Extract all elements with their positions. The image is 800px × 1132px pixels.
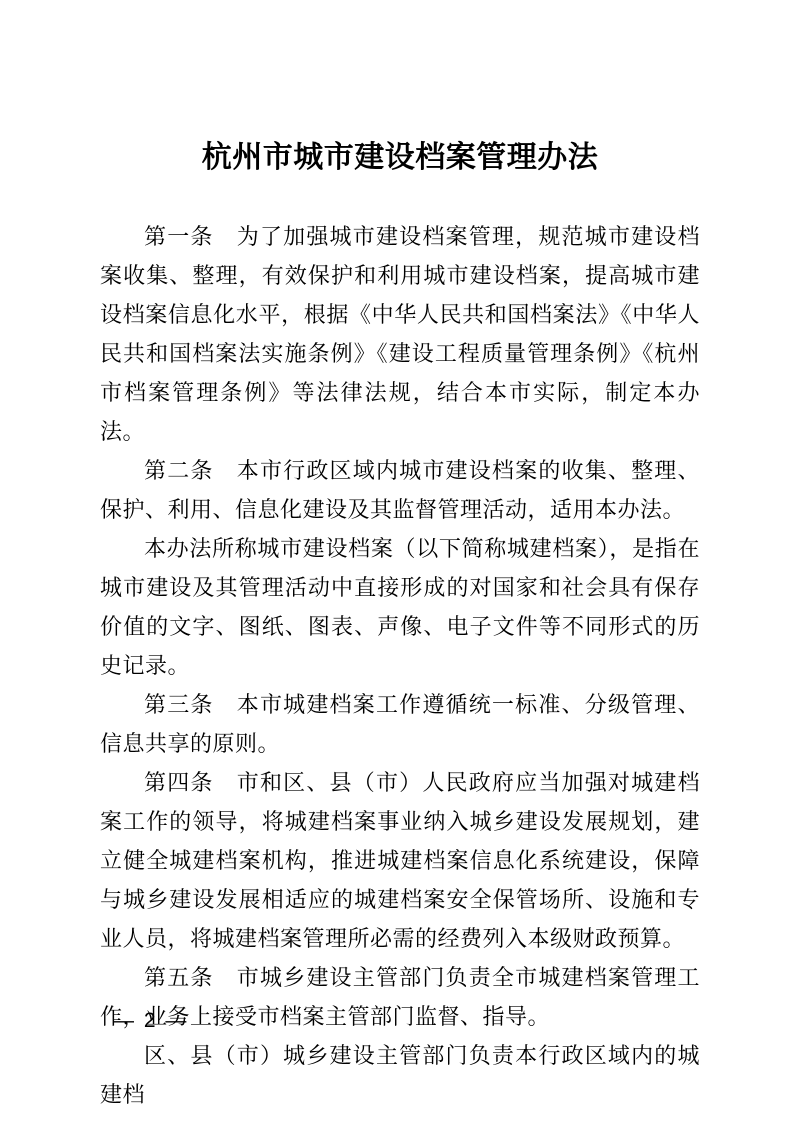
paragraph-article-3: 第三条 本市城建档案工作遵循统一标准、分级管理、信息共享的原则。 (100, 685, 700, 763)
paragraph-article-2: 第二条 本市行政区域内城市建设档案的收集、整理、保护、利用、信息化建设及其监督管… (100, 451, 700, 529)
document-body: 第一条 为了加强城市建设档案管理，规范城市建设档案收集、整理，有效保护和利用城市… (100, 217, 700, 1114)
paragraph-article-2-definition: 本办法所称城市建设档案（以下简称城建档案），是指在城市建设及其管理活动中直接形成… (100, 529, 700, 685)
document-title: 杭州市城市建设档案管理办法 (100, 138, 700, 178)
paragraph-article-1: 第一条 为了加强城市建设档案管理，规范城市建设档案收集、整理，有效保护和利用城市… (100, 217, 700, 451)
page-number: — 2 — (113, 1007, 188, 1034)
paragraph-article-5-continuation: 区、县（市）城乡建设主管部门负责本行政区域内的城建档 (100, 1036, 700, 1114)
paragraph-article-4: 第四条 市和区、县（市）人民政府应当加强对城建档案工作的领导，将城建档案事业纳入… (100, 763, 700, 958)
document-page: 杭州市城市建设档案管理办法 第一条 为了加强城市建设档案管理，规范城市建设档案收… (0, 0, 800, 1132)
paragraph-article-5: 第五条 市城乡建设主管部门负责全市城建档案管理工作，业务上接受市档案主管部门监督… (100, 958, 700, 1036)
